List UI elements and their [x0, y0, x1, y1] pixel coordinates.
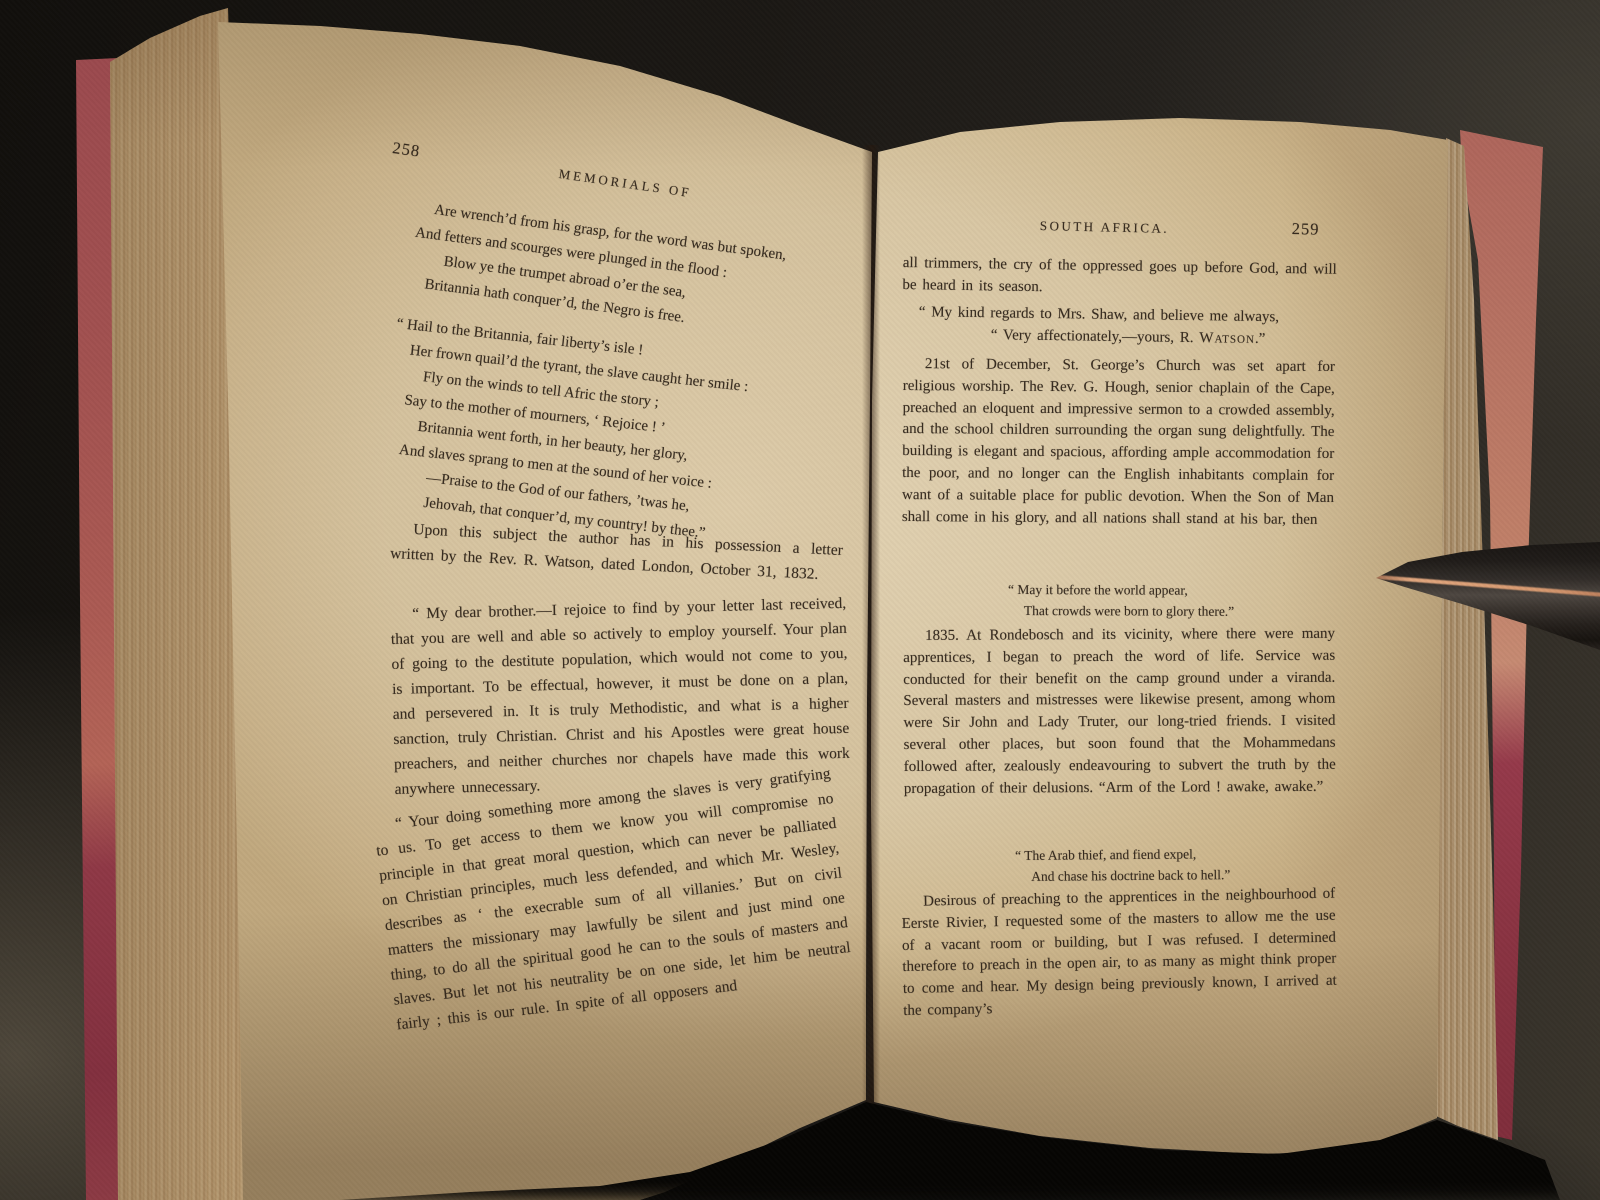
signature-prefix: “ Very affectionately,—yours, R.	[991, 327, 1200, 346]
left-page-number: 258	[391, 138, 421, 162]
verse-line: That crowds were born to glory there.”	[1024, 601, 1234, 622]
paragraph-st-georges-church: 21st of December, St. George’s Church wa…	[902, 354, 1335, 531]
book-photograph: 258 MEMORIALS OF Are wrench’d from his g…	[0, 0, 1600, 1200]
paragraph-continuation: all trimmers, the cry of the oppressed g…	[902, 253, 1337, 303]
gutter-crease	[862, 145, 880, 1110]
right-page-number: 259	[1292, 219, 1320, 240]
poem-stanza-2: “ Hail to the Britannia, fair liberty’s …	[376, 312, 752, 549]
right-running-head: SOUTH AFRICA.	[1040, 218, 1170, 237]
signature-suffix: .”	[1255, 331, 1266, 347]
verse-line: And chase his doctrine back to hell.”	[1031, 865, 1230, 887]
signature-name-smallcaps: Watson	[1199, 330, 1255, 347]
verse-line: “ The Arab thief, and fiend expel,	[1015, 844, 1230, 866]
verse-line: “ May it before the world appear,	[1008, 580, 1234, 601]
paragraph-eerste-rivier: Desirous of preaching to the apprentices…	[901, 884, 1337, 1023]
verse-quote-1: “ May it before the world appear, That c…	[1008, 580, 1234, 622]
paragraph-rondebosch: 1835. At Rondebosch and its vicinity, wh…	[903, 624, 1336, 801]
verse-quote-2: “ The Arab thief, and fiend expel, And c…	[1015, 844, 1230, 887]
